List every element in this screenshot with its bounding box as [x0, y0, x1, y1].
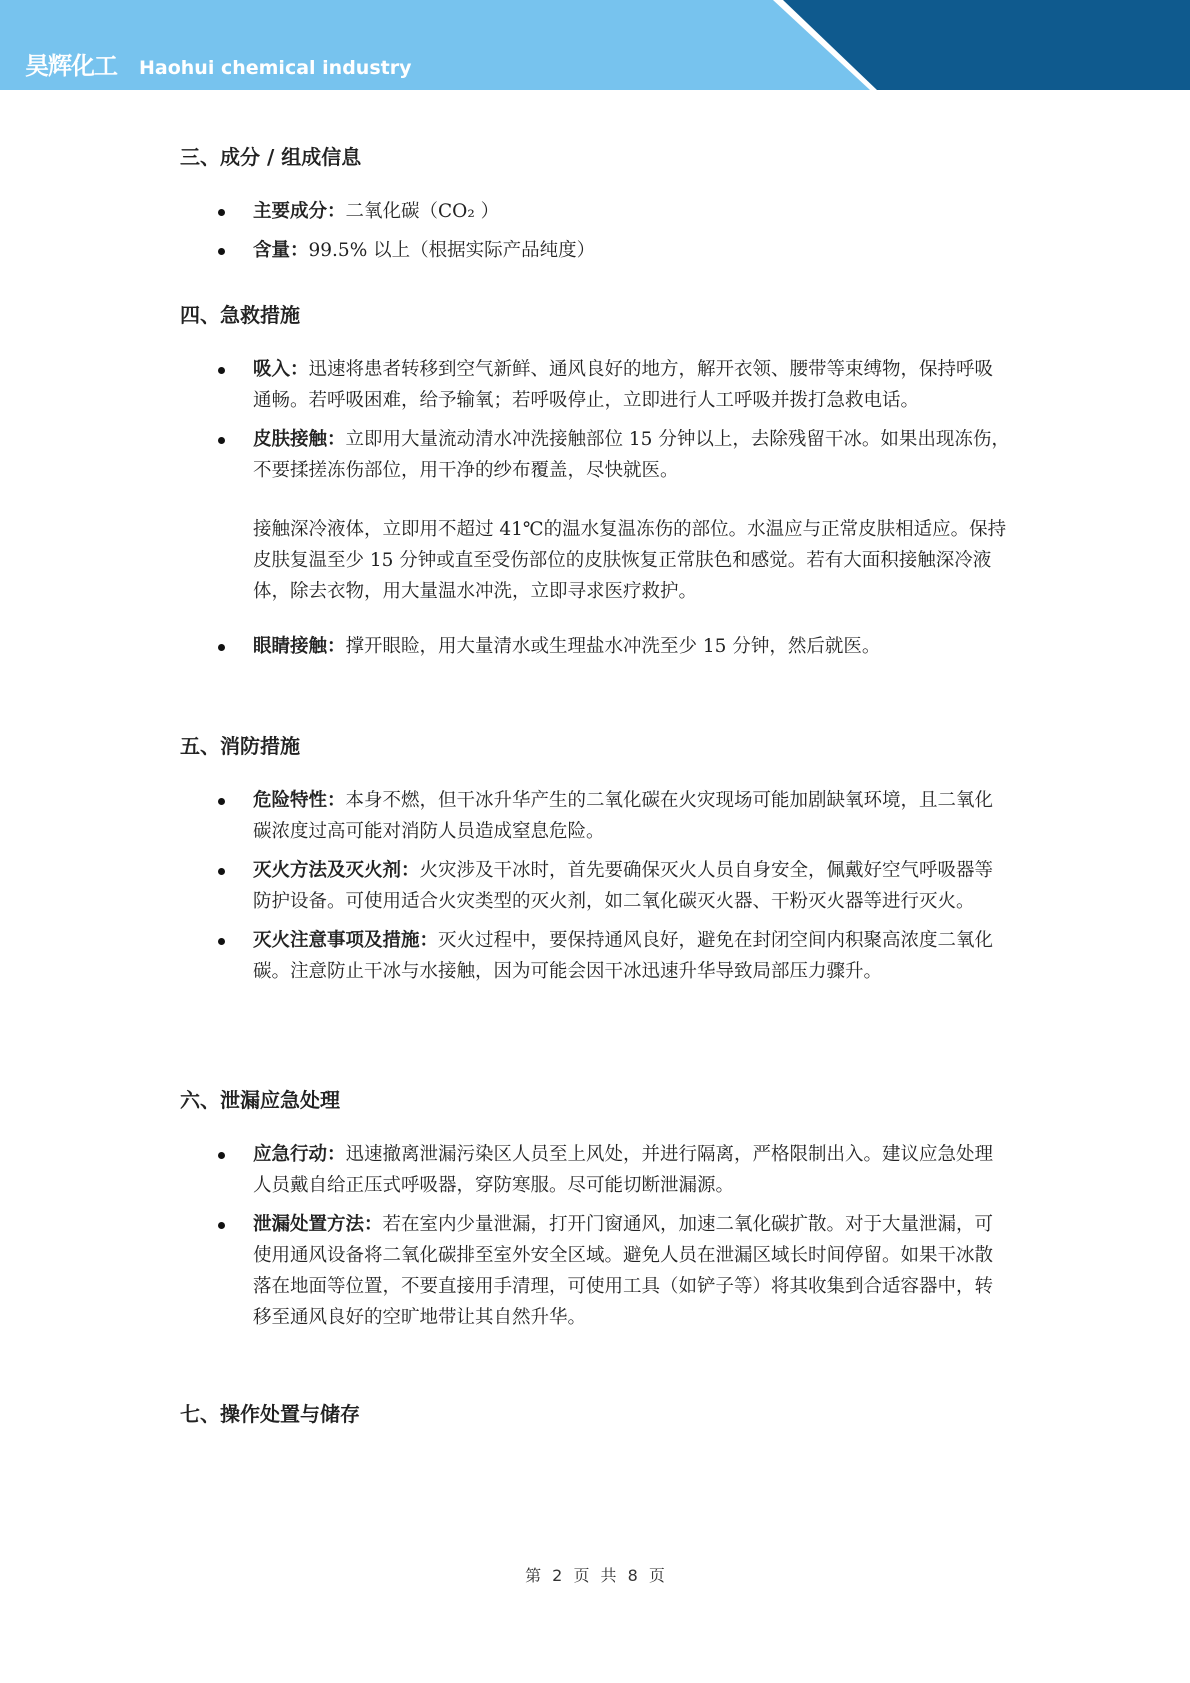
section-accidental-release: 六、泄漏应急处理 应急行动：迅速撤离泄漏污染区人员至上风处，并进行隔离，严格限制… — [180, 1085, 1010, 1333]
item-label: 皮肤接触： — [253, 429, 346, 450]
section-composition: 三、成分 / 组成信息 主要成分：二氧化碳（CO₂ ） 含量：99.5% 以上（… — [180, 142, 1010, 266]
item-label: 眼睛接触： — [253, 636, 346, 657]
item-label: 灭火方法及灭火剂： — [253, 860, 420, 881]
page-number: 第 2 页 共 8 页 — [0, 1563, 1190, 1586]
item-text: 迅速将患者转移到空气新鲜、通风良好的地方，解开衣领、腰带等束缚物，保持呼吸通畅。… — [253, 359, 993, 411]
item-text: 迅速撤离泄漏污染区人员至上风处，并进行隔离，严格限制出入。建议应急处理人员戴自给… — [253, 1144, 993, 1196]
bullet-icon — [218, 938, 225, 945]
bullet-icon — [218, 437, 225, 444]
bullet-icon — [218, 248, 225, 255]
bullet-icon — [218, 644, 225, 651]
page-header: 昊辉化工 Haohui chemical industry — [0, 0, 1190, 90]
list-item: 危险特性：本身不燃，但干冰升华产生的二氧化碳在火灾现场可能加剧缺氧环境，且二氧化… — [180, 785, 1010, 847]
list-item: 泄漏处置方法：若在室内少量泄漏，打开门窗通风，加速二氧化碳扩散。对于大量泄漏，可… — [180, 1209, 1010, 1333]
item-text: 99.5% 以上（根据实际产品纯度） — [309, 240, 596, 261]
section-title: 三、成分 / 组成信息 — [180, 142, 1010, 172]
list-item: 皮肤接触：立即用大量流动清水冲洗接触部位 15 分钟以上，去除残留干冰。如果出现… — [180, 424, 1010, 607]
brand-name-en: Haohui chemical industry — [139, 57, 411, 79]
section-title: 五、消防措施 — [180, 731, 1010, 761]
item-label: 灭火注意事项及措施： — [253, 930, 438, 951]
section-first-aid: 四、急救措施 吸入：迅速将患者转移到空气新鲜、通风良好的地方，解开衣领、腰带等束… — [180, 300, 1010, 662]
item-text: 二氧化碳（CO₂ ） — [346, 201, 500, 222]
section-fire-fighting: 五、消防措施 危险特性：本身不燃，但干冰升华产生的二氧化碳在火灾现场可能加剧缺氧… — [180, 731, 1010, 987]
list-item: 灭火方法及灭火剂：火灾涉及干冰时，首先要确保灭火人员自身安全，佩戴好空气呼吸器等… — [180, 855, 1010, 917]
bullet-icon — [218, 798, 225, 805]
list-item: 吸入：迅速将患者转移到空气新鲜、通风良好的地方，解开衣领、腰带等束缚物，保持呼吸… — [180, 354, 1010, 416]
item-text: 本身不燃，但干冰升华产生的二氧化碳在火灾现场可能加剧缺氧环境，且二氧化碳浓度过高… — [253, 790, 993, 842]
list-item: 含量：99.5% 以上（根据实际产品纯度） — [180, 235, 1010, 266]
brand-name-cn: 昊辉化工 — [25, 46, 117, 81]
list-item: 灭火注意事项及措施：灭火过程中，要保持通风良好，避免在封闭空间内积聚高浓度二氧化… — [180, 925, 1010, 987]
item-label: 危险特性： — [253, 790, 346, 811]
bullet-icon — [218, 1152, 225, 1159]
bullet-icon — [218, 367, 225, 374]
item-extra-paragraph: 接触深冷液体，立即用不超过 41℃的温水复温冻伤的部位。水温应与正常皮肤相适应。… — [253, 514, 1010, 607]
bullet-icon — [218, 868, 225, 875]
list-item: 应急行动：迅速撤离泄漏污染区人员至上风处，并进行隔离，严格限制出入。建议应急处理… — [180, 1139, 1010, 1201]
item-label: 泄漏处置方法： — [253, 1214, 383, 1235]
bullet-icon — [218, 209, 225, 216]
brand-logo: 昊辉化工 Haohui chemical industry — [25, 46, 411, 81]
list-item: 眼睛接触：撑开眼睑，用大量清水或生理盐水冲洗至少 15 分钟，然后就医。 — [180, 631, 1010, 662]
item-text: 立即用大量流动清水冲洗接触部位 15 分钟以上，去除残留干冰。如果出现冻伤，不要… — [253, 429, 1010, 481]
item-label: 含量： — [253, 240, 309, 261]
section-title: 七、操作处置与储存 — [180, 1399, 1010, 1429]
section-title: 四、急救措施 — [180, 300, 1010, 330]
section-handling-storage: 七、操作处置与储存 — [180, 1399, 1010, 1429]
item-label: 主要成分： — [253, 201, 346, 222]
bullet-icon — [218, 1222, 225, 1229]
item-text: 撑开眼睑，用大量清水或生理盐水冲洗至少 15 分钟，然后就医。 — [346, 636, 881, 657]
item-label: 吸入： — [253, 359, 309, 380]
item-label: 应急行动： — [253, 1144, 346, 1165]
list-item: 主要成分：二氧化碳（CO₂ ） — [180, 196, 1010, 227]
section-title: 六、泄漏应急处理 — [180, 1085, 1010, 1115]
